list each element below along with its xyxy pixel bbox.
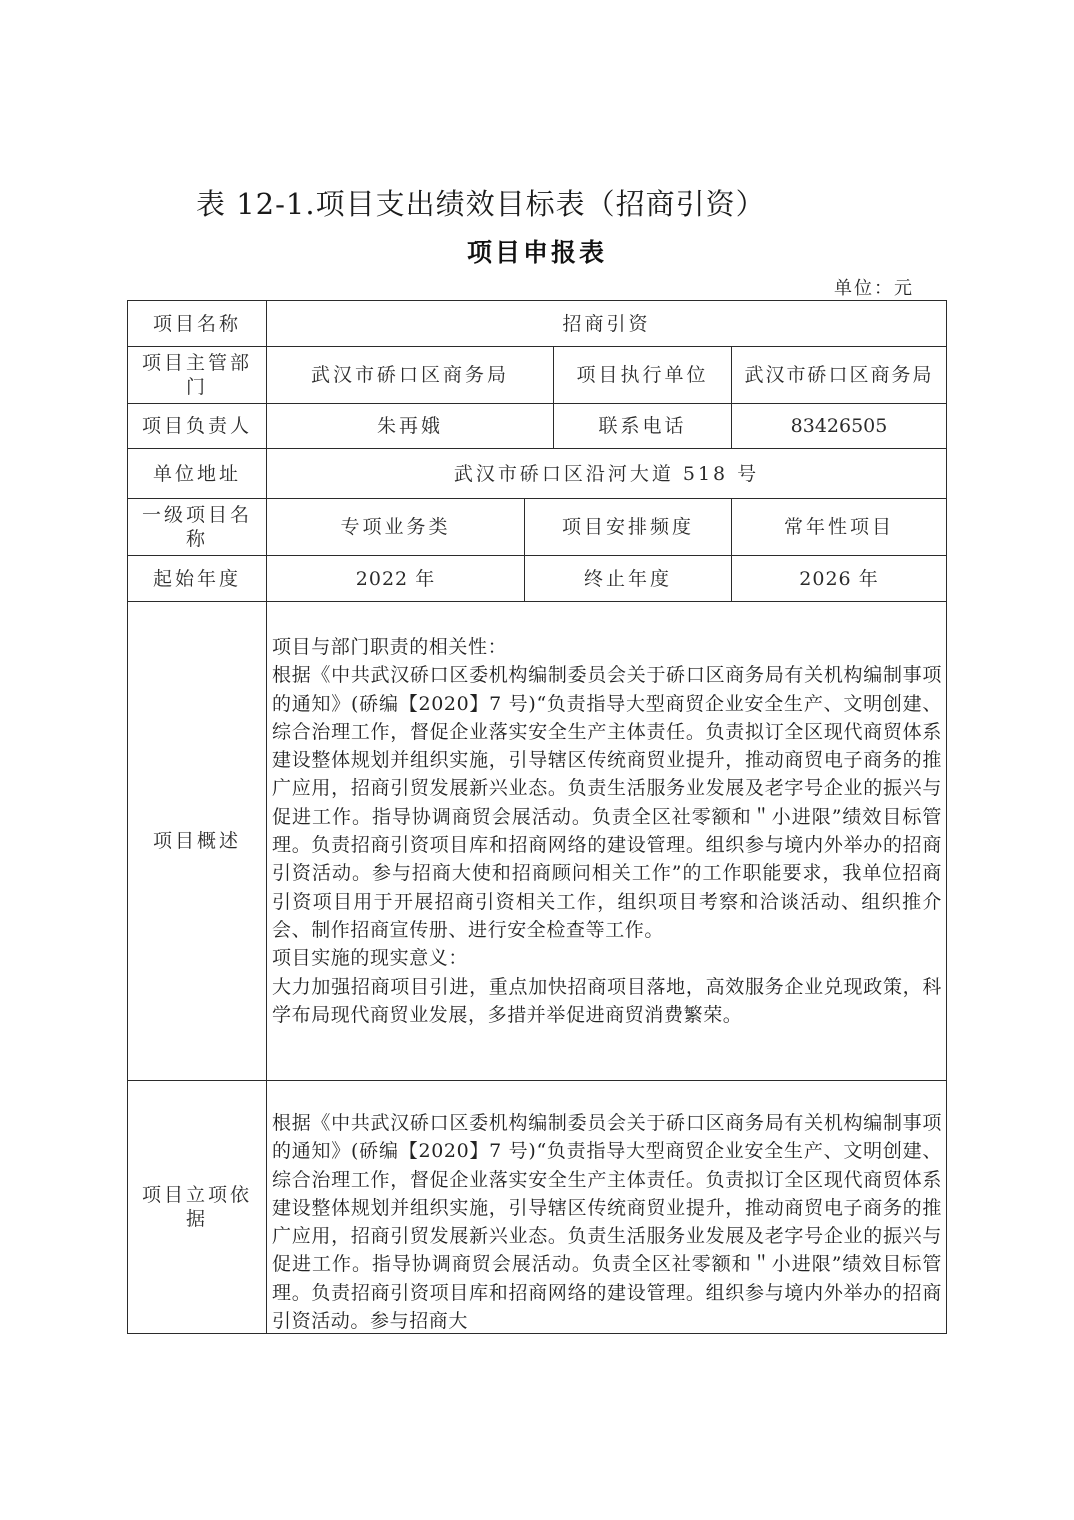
label-executing-unit: 项目执行单位 <box>553 346 732 404</box>
label-contact-phone: 联系电话 <box>553 403 732 449</box>
label-project-lead: 项目负责人 <box>127 403 267 449</box>
overview-heading-relevance: 项目与部门职责的相关性： <box>272 633 942 661</box>
value-project-name: 招商引资 <box>266 300 947 347</box>
label-supervising-dept: 项目主管部门 <box>127 346 267 404</box>
value-executing-unit: 武汉市硚口区商务局 <box>731 346 947 404</box>
label-project-name: 项目名称 <box>127 300 267 347</box>
table-title: 表 12-1.项目支出绩效目标表（招商引资） <box>196 182 766 223</box>
value-project-lead: 朱再娥 <box>266 403 554 449</box>
value-address: 武汉市硚口区沿河大道 518 号 <box>266 448 947 499</box>
value-contact-phone: 83426505 <box>731 403 947 449</box>
basis-body: 根据《中共武汉硚口区委机构编制委员会关于硚口区商务局有关机构编制事项的通知》(硚… <box>272 1109 942 1334</box>
overview-body-relevance: 根据《中共武汉硚口区委机构编制委员会关于硚口区商务局有关机构编制事项的通知》(硚… <box>272 661 942 944</box>
label-address: 单位地址 <box>127 448 267 499</box>
overview-content: 项目与部门职责的相关性： 根据《中共武汉硚口区委机构编制委员会关于硚口区商务局有… <box>266 601 947 1081</box>
basis-content: 根据《中共武汉硚口区委机构编制委员会关于硚口区商务局有关机构编制事项的通知》(硚… <box>266 1080 947 1334</box>
overview-heading-significance: 项目实施的现实意义： <box>272 944 942 972</box>
label-first-level-name: 一级项目名称 <box>127 498 267 556</box>
form-title: 项目申报表 <box>0 233 1074 269</box>
label-schedule-frequency: 项目安排频度 <box>524 498 732 556</box>
label-overview: 项目概述 <box>127 601 267 1081</box>
value-end-year: 2026 年 <box>731 555 947 602</box>
value-start-year: 2022 年 <box>266 555 525 602</box>
label-end-year: 终止年度 <box>524 555 732 602</box>
value-supervising-dept: 武汉市硚口区商务局 <box>266 346 554 404</box>
unit-label: 单位：元 <box>834 274 914 300</box>
value-first-level-name: 专项业务类 <box>266 498 525 556</box>
label-start-year: 起始年度 <box>127 555 267 602</box>
overview-body-significance: 大力加强招商项目引进，重点加快招商项目落地，高效服务企业兑现政策，科学布局现代商… <box>272 973 942 1030</box>
label-basis: 项目立项依据 <box>127 1080 267 1334</box>
value-schedule-frequency: 常年性项目 <box>731 498 947 556</box>
